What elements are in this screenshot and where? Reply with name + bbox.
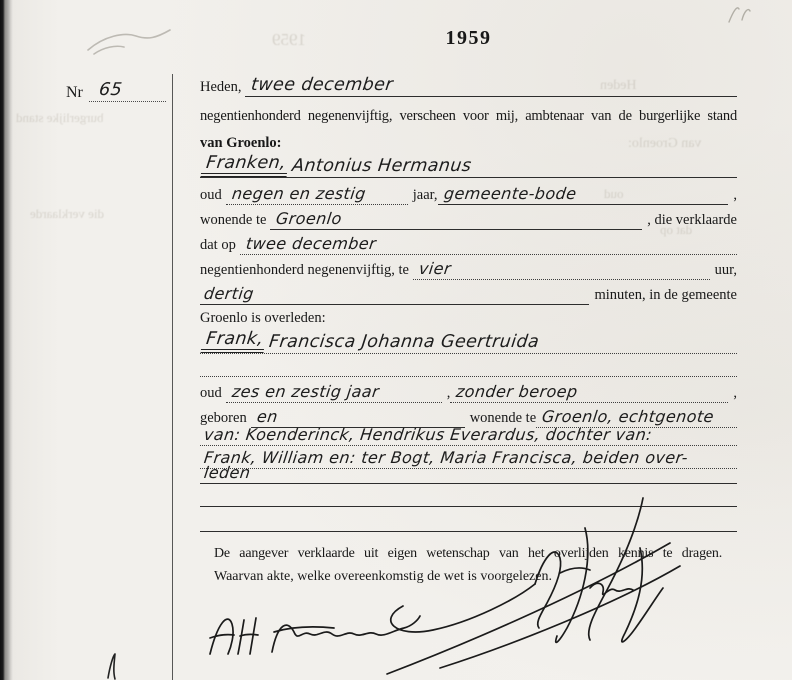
oud-label: oud (200, 187, 226, 205)
line-declarant-name: Franken, Antonius Hermanus (200, 150, 737, 178)
book-binding-edge (0, 0, 13, 680)
line-heden: Heden, twee december (200, 70, 737, 97)
line-deceased-age: oud zes en zestig jaar , zonder beroep , (200, 377, 737, 403)
act-number-value: 65 (94, 80, 126, 101)
uur-label: uur, (710, 262, 737, 280)
declarant-firstnames: Antonius Hermanus (287, 156, 475, 177)
year-heading: 1959 (200, 27, 737, 50)
death-certificate-scan: { "page": { "year_header": "1959", "nr_l… (0, 0, 792, 680)
line-death-date: dat op twee december (200, 229, 737, 255)
death-year-label: negentienhonderd negenenvijftig, te (200, 262, 413, 280)
line-declarant-residence: wonende te Groenlo , die verklaarde (200, 204, 737, 230)
year-line-text: negentienhonderd negenenvijftig, versche… (200, 108, 737, 125)
dat-op-label: dat op (200, 237, 240, 255)
comma-mark: , (728, 187, 737, 205)
oud2-label: oud (200, 385, 226, 403)
act-number: Nr 65 (66, 80, 166, 102)
spouse-value: van: Koenderinck, Hendrikus Everardus, d… (199, 425, 656, 445)
declarant-occupation-value: gemeente-bode (438, 184, 579, 204)
line-death-minutes: dertig minuten, in de gemeente (200, 279, 737, 305)
bleedthrough-text: burgerlijke stand (16, 110, 104, 126)
deceased-age-value: zes en zestig jaar (227, 382, 383, 402)
jaar-label: jaar, (408, 187, 438, 205)
death-date-value: twee december (241, 234, 380, 254)
death-hour-value: vier (414, 259, 454, 279)
act-number-label: Nr (66, 84, 83, 102)
line-year: negentienhonderd negenenvijftig, versche… (200, 103, 737, 125)
death-minutes-value: dertig (199, 284, 257, 304)
bleedthrough-text: die verklaarde (30, 206, 104, 222)
margin-rule (172, 74, 173, 680)
declarant-surname: Franken, (201, 153, 290, 177)
comma-mark: , (442, 385, 451, 403)
parents-cont-value: leden (199, 463, 254, 483)
wonende-te-label: wonende te (200, 212, 270, 230)
line-declarant-age: oud negen en zestig jaar, gemeente-bode … (200, 179, 737, 205)
deceased-occupation-value: zonder beroep (451, 382, 581, 402)
line-overleden: Groenlo is overleden: (200, 306, 737, 328)
line-deceased-name: Frank, Francisca Johanna Geertruida (200, 326, 737, 354)
deceased-surname: Frank, (201, 329, 267, 353)
registrar-signature (385, 488, 685, 680)
next-entry-partial-mark (100, 652, 130, 680)
comma-mark: , (728, 385, 737, 403)
declarant-residence-value: Groenlo (271, 209, 345, 229)
corner-pencil-mark (726, 3, 756, 29)
declaration-date-value: twee december (246, 75, 396, 96)
declarant-age-value: negen en zestig (227, 184, 369, 204)
heden-label: Heden, (200, 79, 245, 97)
line-blank-1 (200, 351, 737, 377)
faint-squiggle-mark (84, 26, 176, 58)
line-parents-cont: leden (200, 460, 737, 484)
deceased-firstnames: Francisca Johanna Geertruida (264, 332, 543, 353)
line-death-hour: negentienhonderd negenenvijftig, te vier… (200, 254, 737, 280)
die-verklaarde-label: , die verklaarde (642, 212, 737, 230)
line-spouse: van: Koenderinck, Hendrikus Everardus, d… (200, 421, 737, 446)
minuten-label: minuten, in de gemeente (589, 287, 737, 305)
